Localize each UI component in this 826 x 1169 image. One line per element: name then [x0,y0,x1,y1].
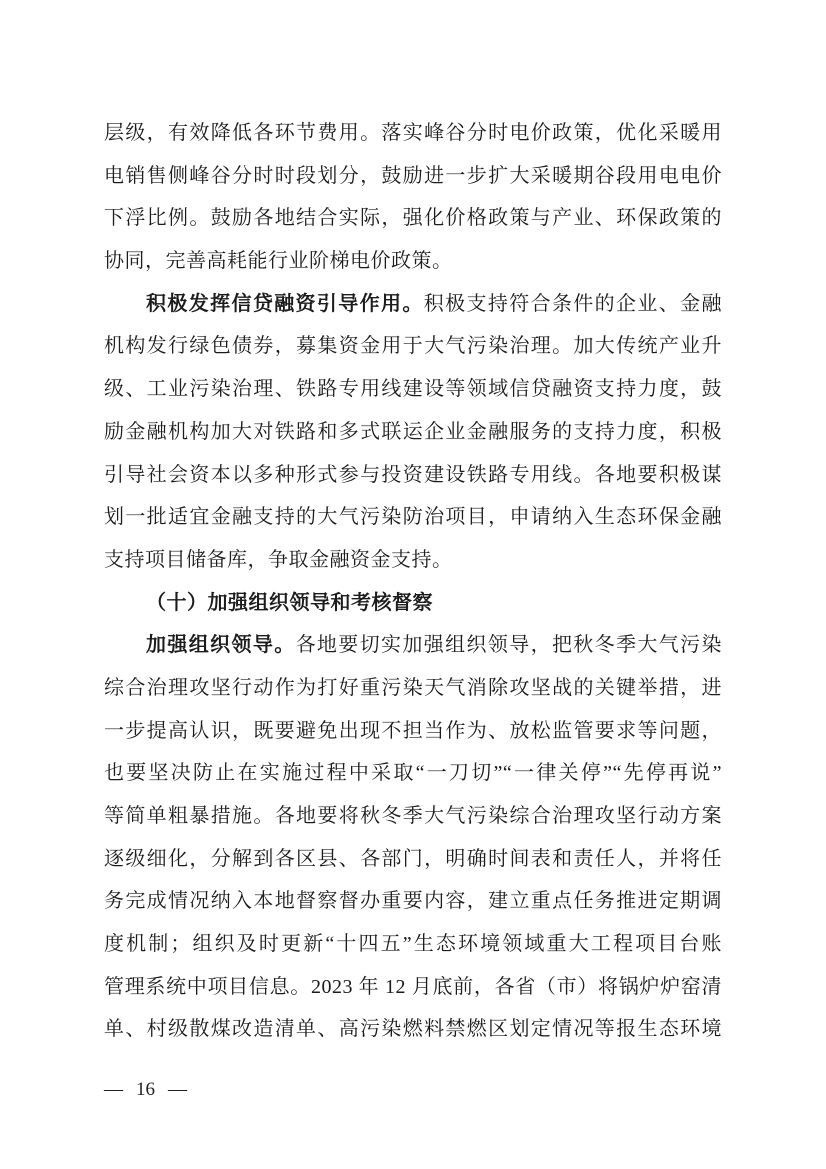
text-line: 单、村级散煤改造清单、高污染燃料禁燃区划定情况等报生态环境 [104,1008,722,1051]
text-run: 积极支持符合条件的企业、金融 [424,293,722,315]
text-line: 综合治理攻坚行动作为打好重污染天气消除攻坚战的关键举措，进 [104,667,722,710]
paragraph-credit-financing: 积极发挥信贷融资引导作用。积极支持符合条件的企业、金融 机构发行绿色债券，募集资… [104,283,722,582]
text-line: 加强组织领导。各地要切实加强组织领导，把秋冬季大气污染 [104,624,722,667]
document-body: 层级，有效降低各环节费用。落实峰谷分时电价政策，优化采暖用 电销售侧峰谷分时时段… [104,112,722,1051]
text-line: 机构发行绿色债券，募集资金用于大气污染治理。加大传统产业升 [104,325,722,368]
text-line: 下浮比例。鼓励各地结合实际，强化价格政策与产业、环保政策的 [104,197,722,240]
paragraph-lead-bold: 加强组织领导。 [146,634,296,656]
text-run: 各地要切实加强组织领导，把秋冬季大气污染 [296,634,722,656]
text-line: 级、工业污染治理、铁路专用线建设等领域信贷融资支持力度，鼓 [104,368,722,411]
text-line: 也要坚决防止在实施过程中采取“一刀切”“一律关停”“先停再说” [104,752,722,795]
page-number-footer: — 16 — [104,1077,187,1103]
text-line: 等简单粗暴措施。各地要将秋冬季大气污染综合治理攻坚行动方案 [104,795,722,838]
text-line: 一步提高认识，既要避免出现不担当作为、放松监管要求等问题， [104,710,722,753]
document-page: 层级，有效降低各环节费用。落实峰谷分时电价政策，优化采暖用 电销售侧峰谷分时时段… [0,0,826,1169]
text-line: 层级，有效降低各环节费用。落实峰谷分时电价政策，优化采暖用 [104,112,722,155]
text-line: 积极发挥信贷融资引导作用。积极支持符合条件的企业、金融 [104,283,722,326]
section-heading-text: （十）加强组织领导和考核督察 [104,582,722,625]
paragraph-strengthen-leadership: 加强组织领导。各地要切实加强组织领导，把秋冬季大气污染 综合治理攻坚行动作为打好… [104,624,722,1051]
section-heading-ten: （十）加强组织领导和考核督察 [104,582,722,625]
text-line: 协同，完善高耗能行业阶梯电价政策。 [104,240,722,283]
paragraph-lead-bold: 积极发挥信贷融资引导作用。 [146,293,424,315]
footer-left-dash: — [104,1077,123,1103]
text-line: 支持项目储备库，争取金融资金支持。 [104,539,722,582]
page-number: 16 [136,1077,155,1103]
footer-right-dash: — [168,1077,187,1103]
text-line: 励金融机构加大对铁路和多式联运企业金融服务的支持力度，积极 [104,411,722,454]
text-line: 管理系统中项目信息。2023 年 12 月底前，各省（市）将锅炉炉窑清 [104,966,722,1009]
text-line: 逐级细化，分解到各区县、各部门，明确时间表和责任人，并将任 [104,838,722,881]
text-line: 电销售侧峰谷分时时段划分，鼓励进一步扩大采暖期谷段用电电价 [104,155,722,198]
text-line: 划一批适宜金融支持的大气污染防治项目，申请纳入生态环保金融 [104,496,722,539]
text-line: 度机制；组织及时更新“十四五”生态环境领域重大工程项目台账 [104,923,722,966]
paragraph-electricity-price-policy: 层级，有效降低各环节费用。落实峰谷分时电价政策，优化采暖用 电销售侧峰谷分时时段… [104,112,722,283]
text-line: 务完成情况纳入本地督察督办重要内容，建立重点任务推进定期调 [104,880,722,923]
text-line: 引导社会资本以多种形式参与投资建设铁路专用线。各地要积极谋 [104,454,722,497]
